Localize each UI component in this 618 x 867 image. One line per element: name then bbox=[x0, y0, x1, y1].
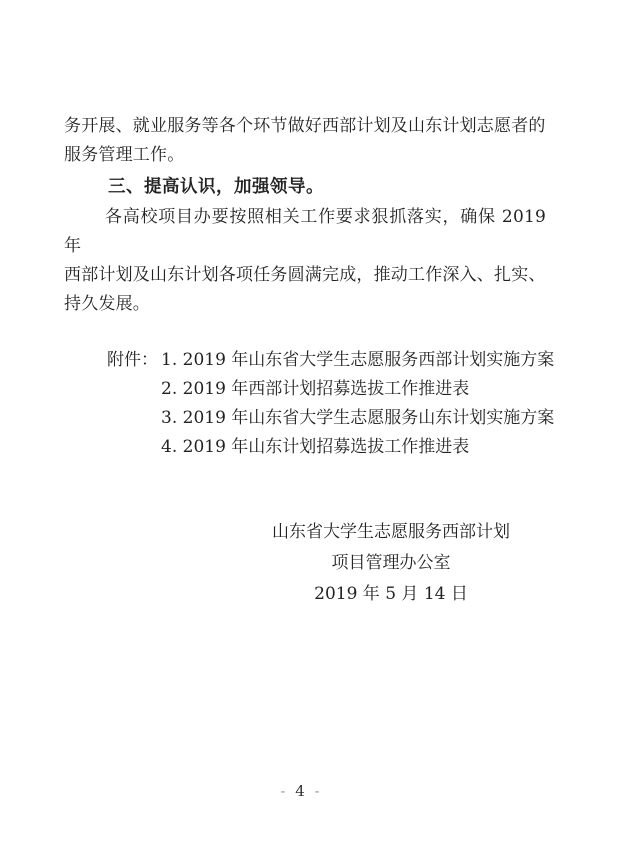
document-page: 务开展、就业服务等各个环节做好西部计划及山东计划志愿者的 服务管理工作。 三、提… bbox=[0, 0, 618, 867]
page-number-dash-left: - bbox=[275, 782, 290, 800]
signature-org-line2: 项目管理办公室 bbox=[268, 548, 514, 579]
attachment-item-3: 3. 2019 年山东省大学生志愿服务山东计划实施方案 bbox=[161, 404, 554, 433]
page-number-dash-right: - bbox=[310, 782, 325, 800]
attachment-item-4: 4. 2019 年山东计划招募选拔工作推进表 bbox=[161, 433, 554, 462]
attachment-item-2: 2. 2019 年西部计划招募选拔工作推进表 bbox=[161, 375, 554, 404]
signature-org-line1: 山东省大学生志愿服务西部计划 bbox=[268, 517, 514, 548]
attachment-item-1: 1. 2019 年山东省大学生志愿服务西部计划实施方案 bbox=[161, 346, 554, 375]
page-number: 4 bbox=[295, 782, 305, 800]
attachments-list: 1. 2019 年山东省大学生志愿服务西部计划实施方案 2. 2019 年西部计… bbox=[161, 346, 554, 462]
page-footer: - 4 - bbox=[0, 782, 618, 800]
attachments-label: 附件： bbox=[107, 346, 158, 375]
paragraph-main: 各高校项目办要按照相关工作要求狠抓落实，确保 2019 年 西部计划及山东计划各… bbox=[64, 203, 546, 319]
section-heading: 三、提高认识，加强领导。 bbox=[64, 172, 546, 203]
paragraph-continued: 务开展、就业服务等各个环节做好西部计划及山东计划志愿者的 服务管理工作。 bbox=[64, 112, 546, 170]
page-number-group: - 4 - bbox=[275, 782, 324, 800]
signature-date: 2019 年 5 月 14 日 bbox=[268, 579, 514, 610]
document-body: 务开展、就业服务等各个环节做好西部计划及山东计划志愿者的 服务管理工作。 三、提… bbox=[64, 112, 546, 610]
attachments-block: 附件： 1. 2019 年山东省大学生志愿服务西部计划实施方案 2. 2019 … bbox=[64, 346, 546, 462]
signature-block: 山东省大学生志愿服务西部计划 项目管理办公室 2019 年 5 月 14 日 bbox=[268, 517, 514, 610]
